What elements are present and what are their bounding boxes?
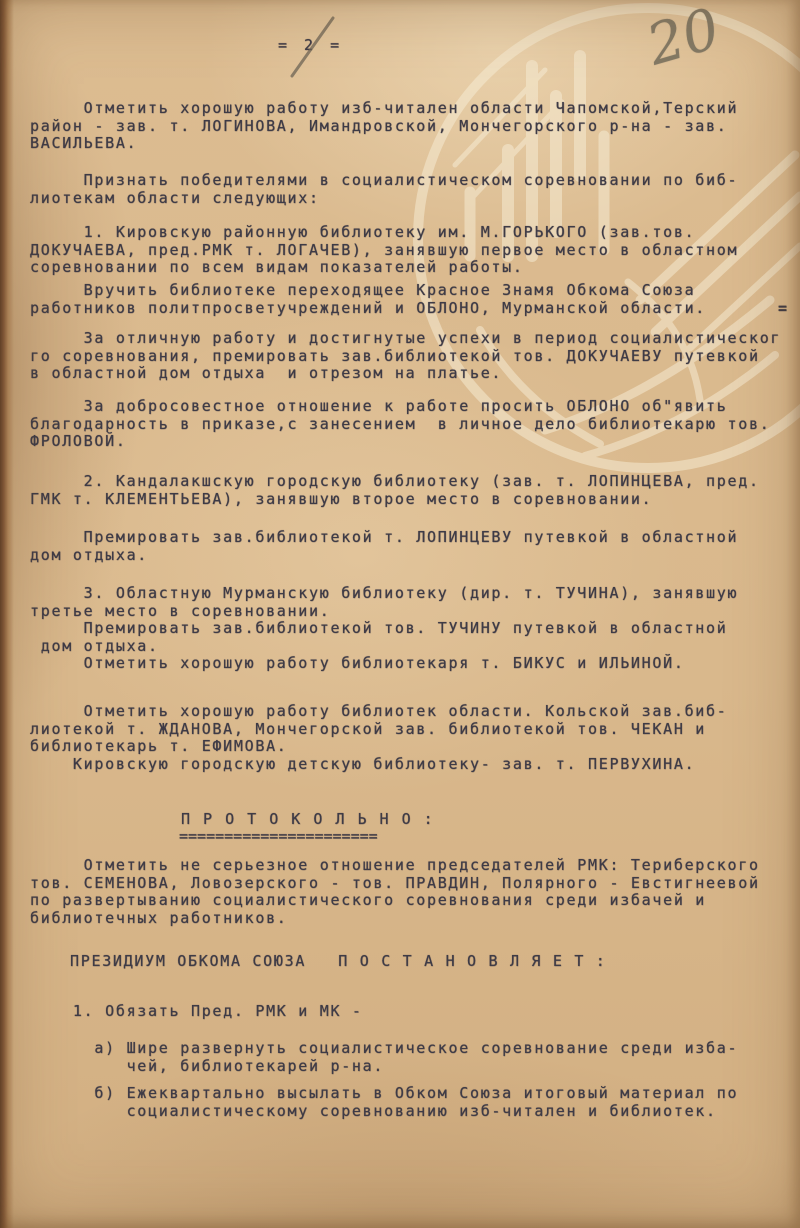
paragraph-item1-kirovsk: 1. Кировскую районную библиотеку им. М.Г… (30, 224, 738, 277)
scanned-document-page: = 2 = 20 Отметить хорошую работу изб-чит… (0, 0, 800, 1228)
paragraph-subitem-a: а) Шире развернуть социалистическое соре… (30, 1040, 738, 1075)
paragraph-obligate-rmk: 1. Обязать Пред. РМК и МК - (30, 1003, 363, 1021)
paragraph-gratitude-frolova: За добросовестное отношение к работе про… (30, 398, 770, 451)
paragraph-award-lopintseva: Премировать зав.библиотекой т. ЛОПИНЦЕВУ… (30, 529, 738, 564)
page-number: = 2 = (278, 37, 343, 55)
paragraph-award-dokuchaeva: За отличную работу и достигнутые успехи … (30, 330, 781, 383)
paragraph-item3-murmansk: 3. Областную Мурманскую библиотеку (дир.… (30, 585, 738, 655)
protocol-heading-underline: ====================== (179, 828, 378, 846)
paragraph-chairmen-criticism: Отметить не серьезное отношение председа… (30, 857, 760, 927)
paragraph-subitem-b: б) Ежеквартально высылать в Обком Союза … (30, 1085, 738, 1120)
paragraph-other-libraries: Отметить хорошую работу библиотек област… (30, 703, 728, 773)
paragraph-winners-intro: Признать победителями в социалистическом… (30, 172, 738, 207)
paragraph-izby-good-work: Отметить хорошую работу изб-читален обла… (30, 100, 738, 153)
paragraph-red-banner: Вручить библиотеке переходящее Красное З… (30, 282, 706, 317)
handwritten-folio-number: 20 (642, 1, 726, 74)
paragraph-item2-kandalaksha: 2. Кандалакшскую городскую библиотеку (з… (30, 473, 760, 508)
paragraph-bikus-ilina: Отметить хорошую работу библиотекаря т. … (30, 655, 685, 673)
resolution-heading: ПРЕЗИДИУМ ОБКОМА СОЮЗА П О С Т А Н О В Л… (70, 953, 607, 971)
protocol-heading: П Р О Т О К О Л Ь Н О : (181, 811, 435, 829)
margin-equals-mark: = (778, 300, 789, 318)
